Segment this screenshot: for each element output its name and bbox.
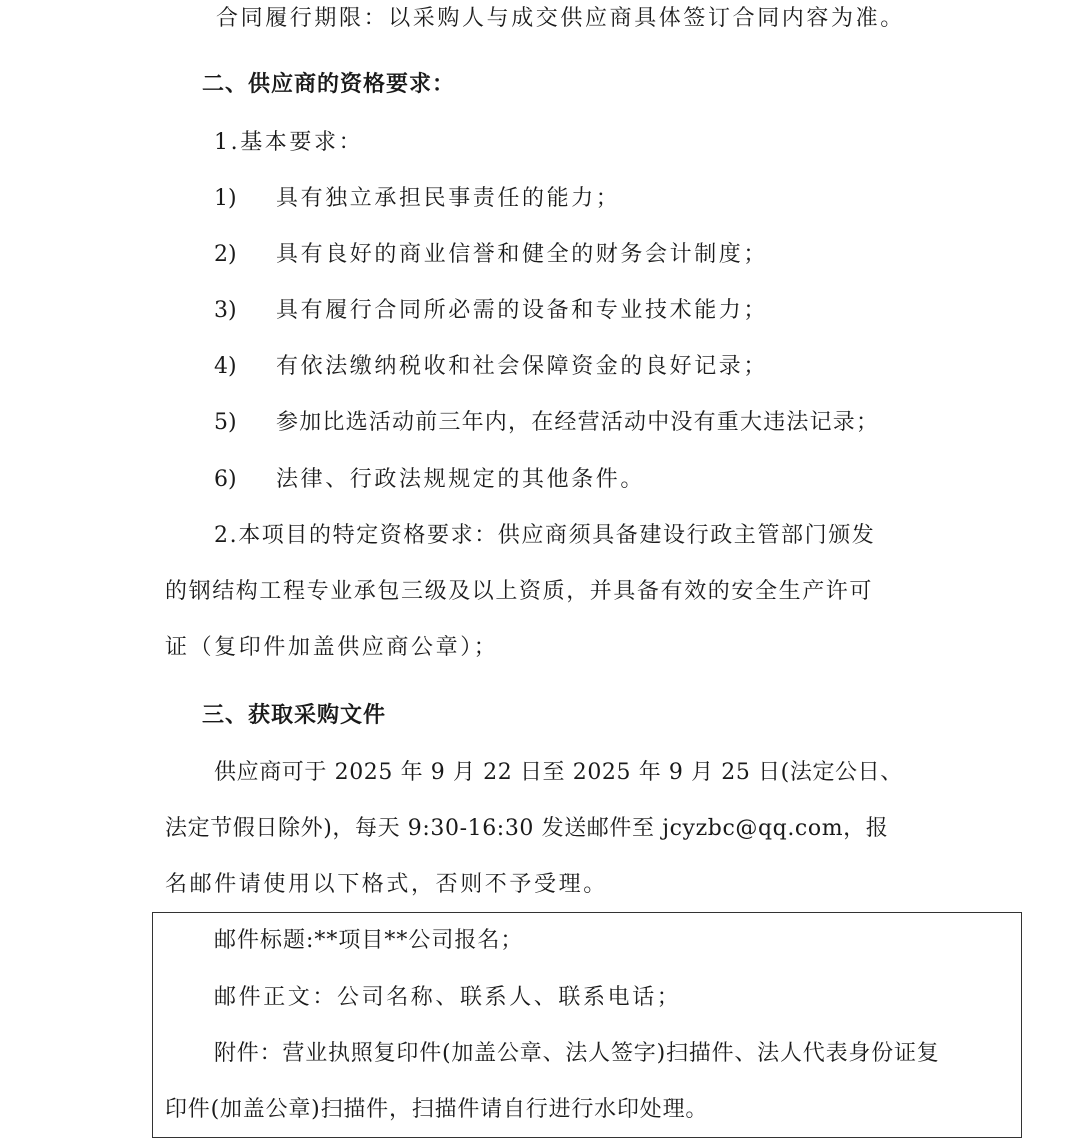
- contract-period-line: 合同履行期限：以采购人与成交供应商具体签订合同内容为准。: [216, 4, 905, 34]
- section-3-heading: 三、获取采购文件: [202, 701, 386, 731]
- requirement-item-4: 4)有依法缴纳税收和社会保障资金的良好记录；: [214, 352, 768, 382]
- basic-requirements-title: 1.基本要求：: [214, 128, 363, 158]
- specific-requirement-line-1: 2.本项目的特定资格要求：供应商须具备建设行政主管部门颁发: [214, 521, 875, 551]
- item-number: 3): [214, 296, 276, 326]
- item-text: 具有履行合同所必需的设备和专业技术能力；: [276, 298, 768, 323]
- email-subject-format: 邮件标题:**项目**公司报名；: [214, 926, 523, 956]
- section-3-line-1: 供应商可于 2025 年 9 月 22 日至 2025 年 9 月 25 日(法…: [214, 758, 903, 788]
- item-text: 法律、行政法规规定的其他条件。: [276, 467, 645, 492]
- item-number: 1): [214, 184, 276, 214]
- item-number: 2): [214, 240, 276, 270]
- requirement-item-1: 1)具有独立承担民事责任的能力；: [214, 184, 620, 214]
- email-attachment-line-1: 附件：营业执照复印件(加盖公章、法人签字)扫描件、法人代表身份证复: [214, 1039, 940, 1069]
- section-2-heading: 二、供应商的资格要求：: [202, 70, 455, 100]
- item-text: 有依法缴纳税收和社会保障资金的良好记录；: [276, 354, 768, 379]
- requirement-item-6: 6)法律、行政法规规定的其他条件。: [214, 465, 645, 495]
- specific-requirement-line-3: 证（复印件加盖供应商公章）；: [165, 633, 498, 663]
- requirement-item-3: 3)具有履行合同所必需的设备和专业技术能力；: [214, 296, 768, 326]
- item-number: 6): [214, 465, 276, 495]
- requirement-item-5: 5)参加比选活动前三年内，在经营活动中没有重大违法记录；: [214, 408, 879, 438]
- email-attachment-line-2: 印件(加盖公章)扫描件，扫描件请自行进行水印处理。: [165, 1095, 708, 1125]
- item-number: 5): [214, 408, 276, 438]
- item-text: 具有独立承担民事责任的能力；: [276, 186, 620, 211]
- item-text: 具有良好的商业信誉和健全的财务会计制度；: [276, 242, 768, 267]
- section-3-line-3: 名邮件请使用以下格式，否则不予受理。: [165, 870, 608, 900]
- specific-requirement-line-2: 的钢结构工程专业承包三级及以上资质，并具备有效的安全生产许可: [165, 577, 873, 607]
- email-body-format: 邮件正文：公司名称、联系人、联系电话；: [214, 983, 681, 1013]
- section-3-line-2: 法定节假日除外)，每天 9:30-16:30 发送邮件至 jcyzbc@qq.c…: [165, 814, 888, 844]
- item-number: 4): [214, 352, 276, 382]
- requirement-item-2: 2)具有良好的商业信誉和健全的财务会计制度；: [214, 240, 768, 270]
- item-text: 参加比选活动前三年内，在经营活动中没有重大违法记录；: [276, 410, 879, 435]
